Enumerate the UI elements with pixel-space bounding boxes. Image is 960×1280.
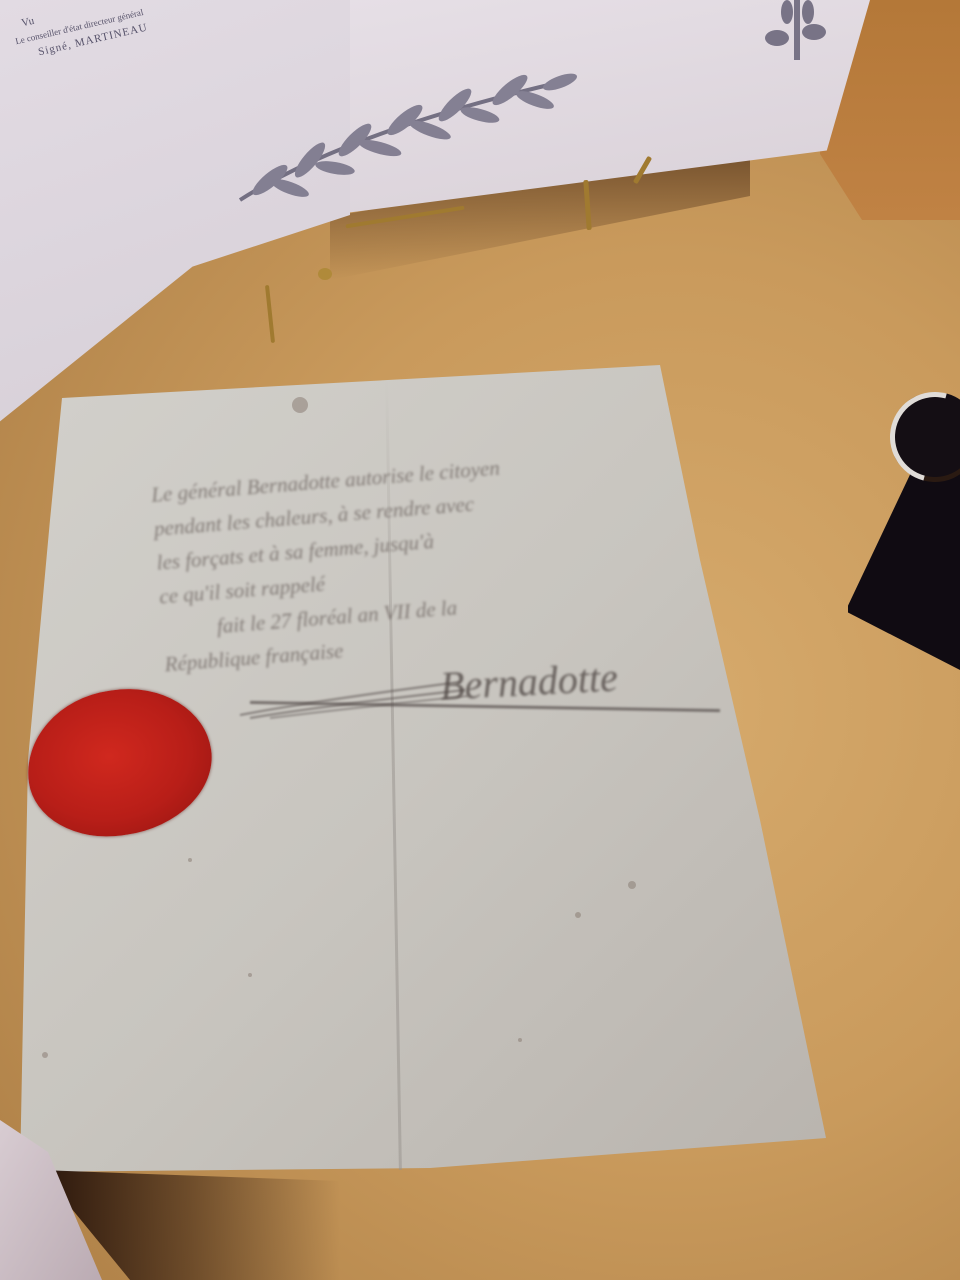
signature: Bernadotte <box>439 653 619 709</box>
signature-flourish <box>240 680 470 720</box>
display-case-photo: Vu Le conseiller d'état directeur généra… <box>0 0 960 1280</box>
handwritten-text: Le général Bernadotte autorise le citoye… <box>150 436 704 682</box>
